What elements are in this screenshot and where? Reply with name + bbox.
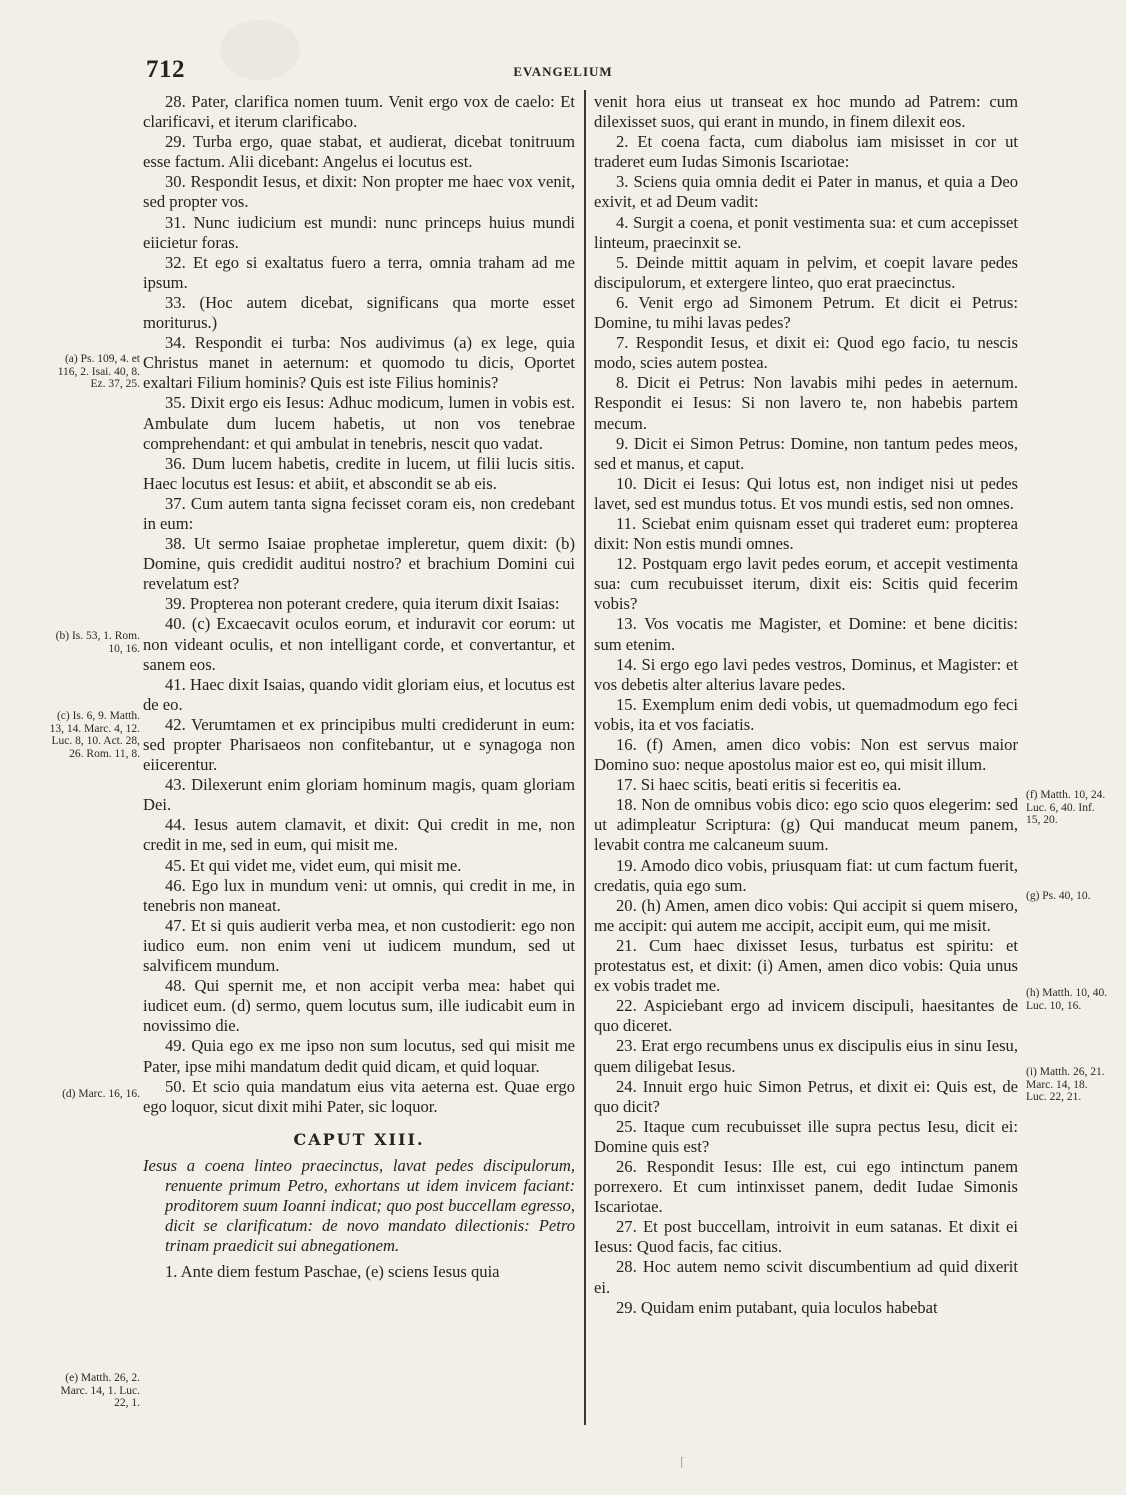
book-page: 712 EVANGELIUM 28. Pater, clarifica nome… [0, 0, 1126, 1495]
printer-mark: ⌈ [680, 1455, 685, 1470]
verse: 20. (h) Amen, amen dico vobis: Qui accip… [594, 896, 1018, 936]
column-divider [584, 90, 586, 1425]
verse: 4. Surgit a coena, et ponit vestimenta s… [594, 213, 1018, 253]
verse: 50. Et scio quia mandatum eius vita aete… [143, 1077, 575, 1117]
running-title: EVANGELIUM [0, 64, 1126, 80]
verse: 38. Ut sermo Isaiae prophetae impleretur… [143, 534, 575, 594]
verse: 26. Respondit Iesus: Ille est, cui ego i… [594, 1157, 1018, 1217]
verse: 41. Haec dixit Isaias, quando vidit glor… [143, 675, 575, 715]
verse: 32. Et ego si exaltatus fuero a terra, o… [143, 253, 575, 293]
verse: 1. Ante diem festum Paschae, (e) sciens … [143, 1262, 575, 1282]
verse: 31. Nunc iudicium est mundi: nunc prince… [143, 213, 575, 253]
verse: 17. Si haec scitis, beati eritis si fece… [594, 775, 1018, 795]
verse: 16. (f) Amen, amen dico vobis: Non est s… [594, 735, 1018, 775]
verse: 11. Sciebat enim quisnam esset qui trade… [594, 514, 1018, 554]
verse: 8. Dicit ei Petrus: Non lavabis mihi ped… [594, 373, 1018, 433]
marginal-note-b: (b) Is. 53, 1. Rom. 10, 16. [44, 630, 140, 655]
verse: 37. Cum autem tanta signa fecisset coram… [143, 494, 575, 534]
verse: 39. Propterea non poterant credere, quia… [143, 594, 575, 614]
verse: 42. Verumtamen et ex principibus multi c… [143, 715, 575, 775]
verse: 48. Qui spernit me, et non accipit verba… [143, 976, 575, 1036]
verse: 45. Et qui videt me, videt eum, qui misi… [143, 856, 575, 876]
verse: 44. Iesus autem clamavit, et dixit: Qui … [143, 815, 575, 855]
verse: 34. Respondit ei turba: Nos audivimus (a… [143, 333, 575, 393]
verse: 24. Innuit ergo huic Simon Petrus, et di… [594, 1077, 1018, 1117]
verse: 43. Dilexerunt enim gloriam hominum magi… [143, 775, 575, 815]
right-column: venit hora eius ut transeat ex hoc mundo… [594, 92, 1018, 1318]
chapter-summary: Iesus a coena linteo praecinctus, lavat … [143, 1156, 575, 1256]
verse-continuation: venit hora eius ut transeat ex hoc mundo… [594, 92, 1018, 132]
verse: 2. Et coena facta, cum diabolus iam misi… [594, 132, 1018, 172]
marginal-note-e: (e) Matth. 26, 2. Marc. 14, 1. Luc. 22, … [44, 1372, 140, 1410]
verse: 47. Et si quis audierit verba mea, et no… [143, 916, 575, 976]
marginal-note-f: (f) Matth. 10, 24. Luc. 6, 40. Inf. 15, … [1026, 789, 1110, 827]
verse: 18. Non de omnibus vobis dico: ego scio … [594, 795, 1018, 855]
marginal-note-h: (h) Matth. 10, 40. Luc. 10, 16. [1026, 987, 1110, 1012]
verse: 25. Itaque cum recubuisset ille supra pe… [594, 1117, 1018, 1157]
verse: 46. Ego lux in mundum veni: ut omnis, qu… [143, 876, 575, 916]
marginal-note-c: (c) Is. 6, 9. Matth. 13, 14. Marc. 4, 12… [44, 710, 140, 760]
verse: 9. Dicit ei Simon Petrus: Domine, non ta… [594, 434, 1018, 474]
verse: 13. Vos vocatis me Magister, et Domine: … [594, 614, 1018, 654]
verse: 19. Amodo dico vobis, priusquam fiat: ut… [594, 856, 1018, 896]
verse: 28. Hoc autem nemo scivit discumbentium … [594, 1257, 1018, 1297]
verse: 22. Aspiciebant ergo ad invicem discipul… [594, 996, 1018, 1036]
verse: 27. Et post buccellam, introivit in eum … [594, 1217, 1018, 1257]
marginal-note-a: (a) Ps. 109, 4. et 116, 2. Isai. 40, 8. … [44, 353, 140, 391]
verse: 14. Si ergo ego lavi pedes vestros, Domi… [594, 655, 1018, 695]
verse: 15. Exemplum enim dedi vobis, ut quemadm… [594, 695, 1018, 735]
verse: 7. Respondit Iesus, et dixit ei: Quod eg… [594, 333, 1018, 373]
verse: 10. Dicit ei Iesus: Qui lotus est, non i… [594, 474, 1018, 514]
verse: 49. Quia ego ex me ipso non sum locutus,… [143, 1036, 575, 1076]
marginal-note-i: (i) Matth. 26, 21. Marc. 14, 18. Luc. 22… [1026, 1066, 1110, 1104]
marginal-note-d: (d) Marc. 16, 16. [44, 1088, 140, 1101]
verse: 28. Pater, clarifica nomen tuum. Venit e… [143, 92, 575, 132]
verse: 33. (Hoc autem dicebat, significans qua … [143, 293, 575, 333]
verse: 30. Respondit Iesus, et dixit: Non propt… [143, 172, 575, 212]
verse: 6. Venit ergo ad Simonem Petrum. Et dici… [594, 293, 1018, 333]
left-column: 28. Pater, clarifica nomen tuum. Venit e… [143, 92, 575, 1282]
chapter-heading: CAPUT XIII. [143, 1130, 575, 1150]
verse: 5. Deinde mittit aquam in pelvim, et coe… [594, 253, 1018, 293]
verse: 36. Dum lucem habetis, credite in lucem,… [143, 454, 575, 494]
verse: 35. Dixit ergo eis Iesus: Adhuc modicum,… [143, 393, 575, 453]
verse: 12. Postquam ergo lavit pedes eorum, et … [594, 554, 1018, 614]
verse: 40. (c) Excaecavit oculos eorum, et indu… [143, 614, 575, 674]
verse: 23. Erat ergo recumbens unus ex discipul… [594, 1036, 1018, 1076]
marginal-note-g: (g) Ps. 40, 10. [1026, 890, 1110, 903]
verse: 3. Sciens quia omnia dedit ei Pater in m… [594, 172, 1018, 212]
verse: 29. Quidam enim putabant, quia loculos h… [594, 1298, 1018, 1318]
verse: 29. Turba ergo, quae stabat, et audierat… [143, 132, 575, 172]
verse: 21. Cum haec dixisset Iesus, turbatus es… [594, 936, 1018, 996]
